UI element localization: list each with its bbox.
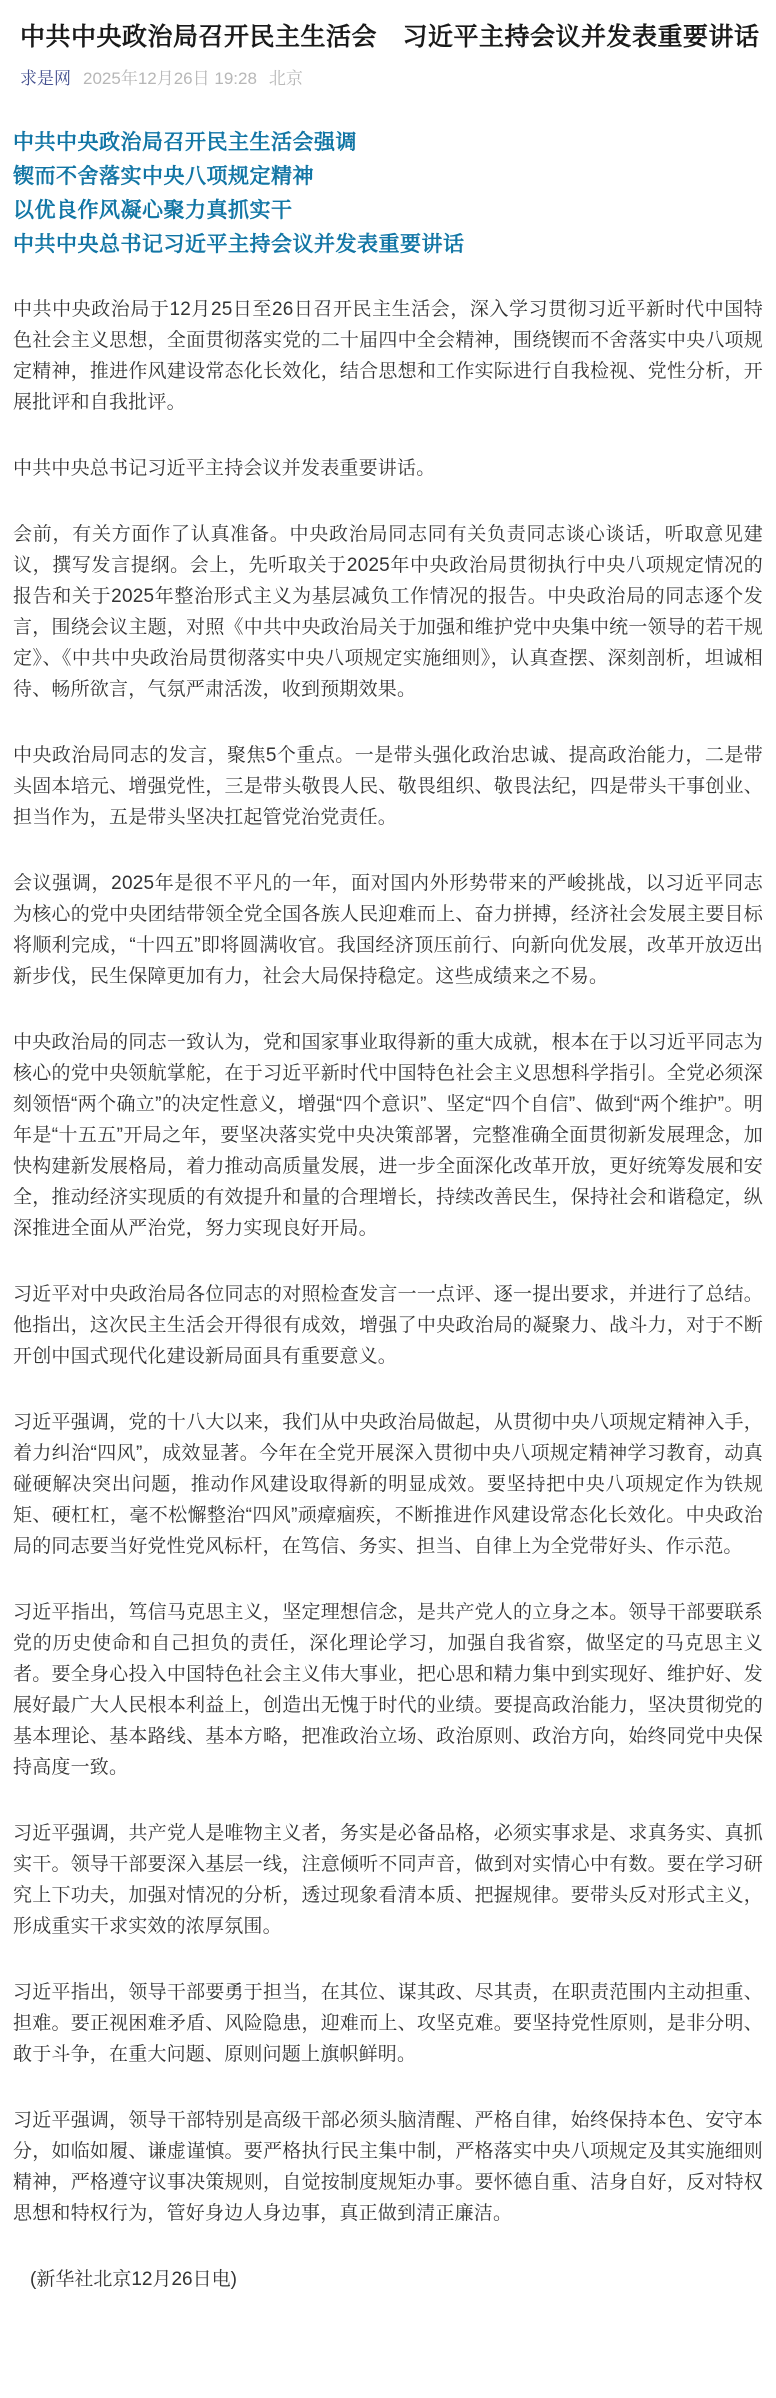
article-title: 中共中央政治局召开民主生活会 习近平主持会议并发表重要讲话 <box>20 20 763 54</box>
source-link[interactable]: 求是网 <box>20 69 71 88</box>
article-paragraph: 习近平对中央政治局各位同志的对照检查发言一一点评、逐一提出要求，并进行了总结。他… <box>13 1279 763 1372</box>
article-paragraph: 中共中央政治局于12月25日至26日召开民主生活会，深入学习贯彻习近平新时代中国… <box>13 294 763 418</box>
publish-location: 北京 <box>269 69 303 88</box>
article: 中共中央政治局召开民主生活会 习近平主持会议并发表重要讲话 求是网2025年12… <box>0 0 776 2325</box>
publish-date: 2025年12月26日 19:28 <box>83 69 257 88</box>
article-paragraph: 习近平指出，笃信马克思主义，坚定理想信念，是共产党人的立身之本。领导干部要联系党… <box>13 1597 763 1783</box>
article-paragraph: 会前，有关方面作了认真准备。中央政治局同志同有关负责同志谈心谈话，听取意见建议，… <box>13 519 763 705</box>
subtitle-line: 以优良作风凝心聚力真抓实干 <box>13 194 763 228</box>
article-subtitle: 中共中央政治局召开民主生活会强调锲而不舍落实中央八项规定精神以优良作风凝心聚力真… <box>13 126 763 262</box>
article-paragraph: 习近平指出，领导干部要勇于担当，在其位、谋其政、尽其责，在职责范围内主动担重、担… <box>13 1977 763 2070</box>
article-paragraph: 会议强调，2025年是很不平凡的一年，面对国内外形势带来的严峻挑战，以习近平同志… <box>13 868 763 992</box>
article-paragraph: 中央政治局的同志一致认为，党和国家事业取得新的重大成就，根本在于以习近平同志为核… <box>13 1027 763 1244</box>
subtitle-line: 中共中央总书记习近平主持会议并发表重要讲话 <box>13 228 763 262</box>
article-paragraph: 中央政治局同志的发言，聚焦5个重点。一是带头强化政治忠诚、提高政治能力，二是带头… <box>13 740 763 833</box>
article-meta: 求是网2025年12月26日 19:28北京 <box>20 67 763 90</box>
article-paragraph: 习近平强调，领导干部特别是高级干部必须头脑清醒、严格自律，始终保持本色、安守本分… <box>13 2105 763 2229</box>
article-paragraph: 中共中央总书记习近平主持会议并发表重要讲话。 <box>13 453 763 484</box>
subtitle-line: 中共中央政治局召开民主生活会强调 <box>13 126 763 160</box>
article-paragraph: 习近平强调，党的十八大以来，我们从中央政治局做起，从贯彻中央八项规定精神入手，着… <box>13 1407 763 1562</box>
article-footer: (新华社北京12月26日电) <box>13 2264 763 2295</box>
article-paragraph: 习近平强调，共产党人是唯物主义者，务实是必备品格，必须实事求是、求真务实、真抓实… <box>13 1818 763 1942</box>
subtitle-line: 锲而不舍落实中央八项规定精神 <box>13 160 763 194</box>
article-body: 中共中央政治局于12月25日至26日召开民主生活会，深入学习贯彻习近平新时代中国… <box>13 294 763 2229</box>
